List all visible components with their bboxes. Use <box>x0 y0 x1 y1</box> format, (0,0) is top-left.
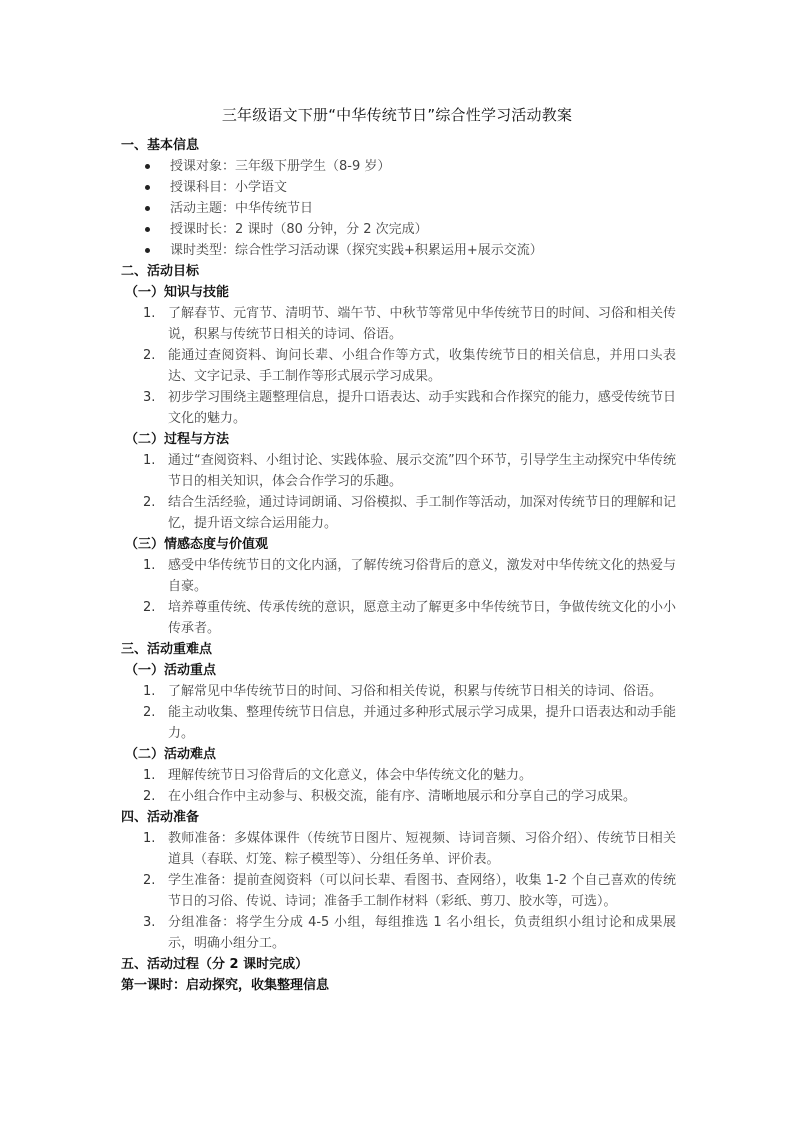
list-item: 授课时长：2 课时（80 分钟，分 2 次完成） <box>121 219 681 240</box>
lesson-heading-first: 第一课时：启动探究，收集整理信息 <box>121 975 681 996</box>
section-heading-objectives: 二、活动目标 <box>121 261 681 282</box>
basic-info-list: 授课对象：三年级下册学生（8-9 岁） 授课科目：小学语文 活动主题：中华传统节… <box>121 156 681 261</box>
document-title: 三年级语文下册“中华传统节日”综合性学习活动教案 <box>0 105 794 125</box>
focus-list: 1.了解常见中华传统节日的时间、习俗和相关传说，积累与传统节日相关的诗词、俗语。… <box>121 681 681 744</box>
list-item: 1.了解常见中华传统节日的时间、习俗和相关传说，积累与传统节日相关的诗词、俗语。 <box>121 681 676 702</box>
list-item: 2.能主动收集、整理传统节日信息，并通过多种形式展示学习成果，提升口语表达和动手… <box>121 702 676 744</box>
subsection-heading-difficulties: （二）活动难点 <box>125 744 681 765</box>
section-heading-key-points: 三、活动重难点 <box>121 639 681 660</box>
list-item: 授课对象：三年级下册学生（8-9 岁） <box>121 156 681 177</box>
subsection-heading-values: （三）情感态度与价值观 <box>125 534 681 555</box>
values-list: 1.感受中华传统节日的文化内涵，了解传统习俗背后的意义，激发对中华传统文化的热爱… <box>121 555 681 639</box>
list-item: 1.教师准备：多媒体课件（传统节日图片、短视频、诗词音频、习俗介绍）、传统节日相… <box>121 828 676 870</box>
list-item: 3.分组准备：将学生分成 4-5 小组，每组推选 1 名小组长，负责组织小组讨论… <box>121 912 676 954</box>
list-item: 3.初步学习围绕主题整理信息，提升口语表达、动手实践和合作探究的能力，感受传统节… <box>121 387 676 429</box>
bullet-icon <box>145 206 150 211</box>
subsection-heading-focus: （一）活动重点 <box>125 660 681 681</box>
section-heading-basic-info: 一、基本信息 <box>121 135 681 156</box>
process-list: 1.通过“查阅资料、小组讨论、实践体验、展示交流”四个环节，引导学生主动探究中华… <box>121 450 681 534</box>
preparation-list: 1.教师准备：多媒体课件（传统节日图片、短视频、诗词音频、习俗介绍）、传统节日相… <box>121 828 681 954</box>
bullet-icon <box>145 227 150 232</box>
section-heading-preparation: 四、活动准备 <box>121 807 681 828</box>
list-item: 2.在小组合作中主动参与、积极交流，能有序、清晰地展示和分享自己的学习成果。 <box>121 786 676 807</box>
document-page: 三年级语文下册“中华传统节日”综合性学习活动教案 一、基本信息 授课对象：三年级… <box>0 0 794 1123</box>
list-item: 2.结合生活经验，通过诗词朗诵、习俗模拟、手工制作等活动，加深对传统节日的理解和… <box>121 492 676 534</box>
list-item: 1.了解春节、元宵节、清明节、端午节、中秋节等常见中华传统节日的时间、习俗和相关… <box>121 303 676 345</box>
bullet-icon <box>145 164 150 169</box>
list-item: 2.培养尊重传统、传承传统的意识，愿意主动了解更多中华传统节日，争做传统文化的小… <box>121 597 676 639</box>
list-item: 活动主题：中华传统节日 <box>121 198 681 219</box>
list-item: 1.感受中华传统节日的文化内涵，了解传统习俗背后的意义，激发对中华传统文化的热爱… <box>121 555 676 597</box>
difficulties-list: 1.理解传统节日习俗背后的文化意义，体会中华传统文化的魅力。 2.在小组合作中主… <box>121 765 681 807</box>
document-body: 一、基本信息 授课对象：三年级下册学生（8-9 岁） 授课科目：小学语文 活动主… <box>121 135 681 996</box>
list-item: 授课科目：小学语文 <box>121 177 681 198</box>
list-item: 2.学生准备：提前查阅资料（可以问长辈、看图书、查网络），收集 1-2 个自己喜… <box>121 870 676 912</box>
knowledge-list: 1.了解春节、元宵节、清明节、端午节、中秋节等常见中华传统节日的时间、习俗和相关… <box>121 303 681 429</box>
list-item: 1.理解传统节日习俗背后的文化意义，体会中华传统文化的魅力。 <box>121 765 676 786</box>
list-item: 课时类型：综合性学习活动课（探究实践+积累运用+展示交流） <box>121 240 681 261</box>
list-item: 1.通过“查阅资料、小组讨论、实践体验、展示交流”四个环节，引导学生主动探究中华… <box>121 450 676 492</box>
list-item: 2.能通过查阅资料、询问长辈、小组合作等方式，收集传统节日的相关信息，并用口头表… <box>121 345 676 387</box>
bullet-icon <box>145 185 150 190</box>
subsection-heading-process: （二）过程与方法 <box>125 429 681 450</box>
subsection-heading-knowledge: （一）知识与技能 <box>125 282 681 303</box>
bullet-icon <box>145 248 150 253</box>
section-heading-process: 五、活动过程（分 2 课时完成） <box>121 954 681 975</box>
